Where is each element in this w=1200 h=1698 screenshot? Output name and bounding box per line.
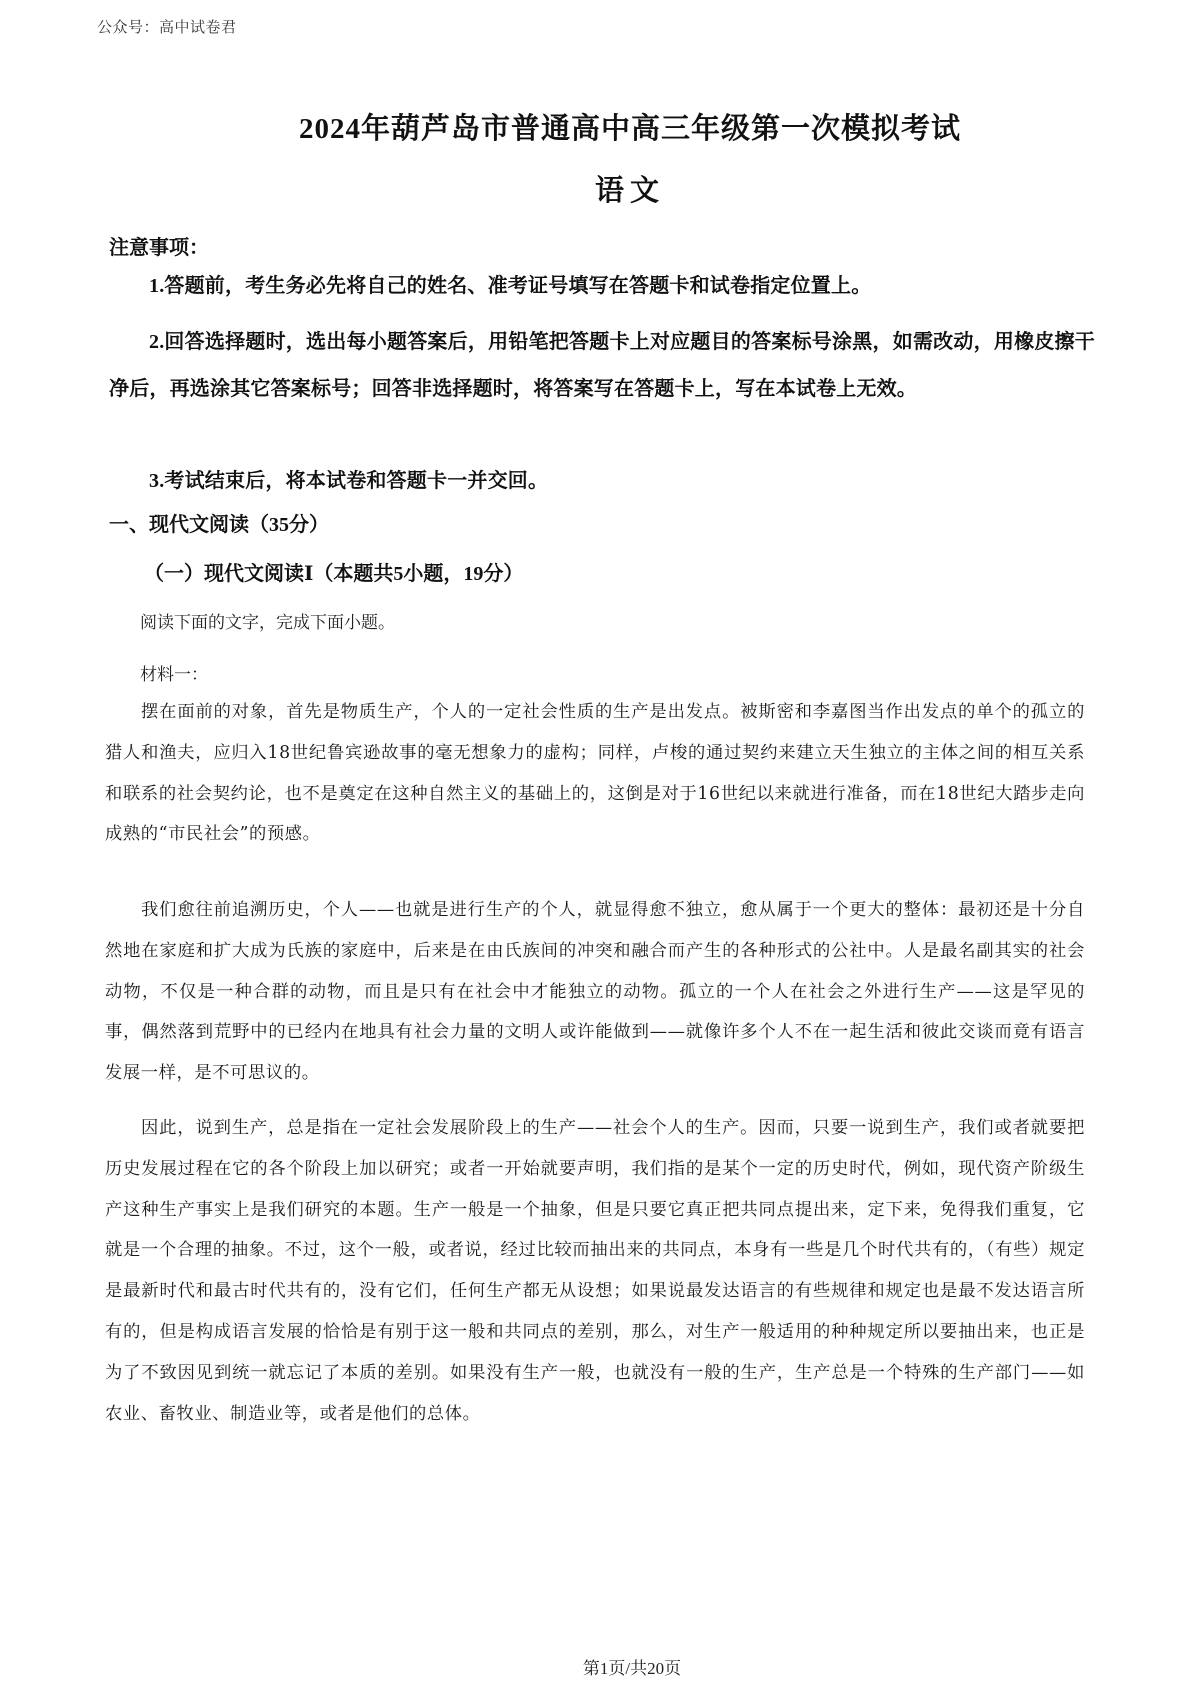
section-title: 一、现代文阅读（35分） [109,508,329,537]
notice-item-1: 1.答题前，考生务必先将自己的姓名、准考证号填写在答题卡和试卷指定位置上。 [109,263,1095,310]
material-label: 材料一： [140,660,208,685]
page-indicator: 第1页/共20页 [32,1654,1200,1679]
material-paragraph: 摆在面前的对象，首先是物质生产，个人的一定社会性质的生产是出发点。被斯密和李嘉图… [105,692,1085,855]
notice-item-3: 3.考试结束后，将本试卷和答题卡一并交回。 [109,458,1095,505]
subsection-title: （一）现代文阅读Ⅰ（本题共5小题，19分） [144,557,523,586]
material-paragraph: 我们愈往前追溯历史，个人——也就是进行生产的个人，就显得愈不独立，愈从属于一个更… [105,890,1085,1094]
exam-subject: 语文 [30,168,1200,209]
exam-page: 公众号：高中试卷君 2024年葫芦岛市普通高中高三年级第一次模拟考试 语文 注意… [0,0,1200,1698]
notice-item-2: 2.回答选择题时，选出每小题答案后，用铅笔把答题卡上对应题目的答案标号涂黑，如需… [109,319,1095,413]
watermark-text: 公众号：高中试卷君 [97,16,237,37]
exam-title: 2024年葫芦岛市普通高中高三年级第一次模拟考试 [30,106,1200,147]
material-paragraph: 因此，说到生产，总是指在一定社会发展阶段上的生产——社会个人的生产。因而，只要一… [105,1108,1085,1434]
notice-heading: 注意事项： [109,231,209,260]
reading-instruction: 阅读下面的文字，完成下面小题。 [140,608,395,633]
